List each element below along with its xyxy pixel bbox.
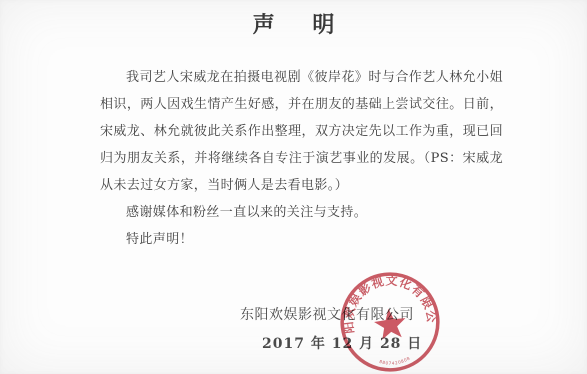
- statement-document: 声 明 我司艺人宋威龙在拍摄电视剧《彼岸花》时与合作艺人林允小姐相识，两人因戏生…: [0, 0, 587, 374]
- signature-company-name: 东阳欢娱影视文化有限公司: [240, 304, 414, 324]
- document-title: 声 明: [0, 8, 587, 39]
- seal-code-text: 8807420808: [378, 355, 411, 367]
- seal-arc-text: 东阳欢娱影视文化有限公司: [332, 264, 439, 336]
- paragraph-main: 我司艺人宋威龙在拍摄电视剧《彼岸花》时与合作艺人林允小姐相识，两人因戏生情产生好…: [100, 64, 503, 199]
- paragraph-closing: 特此声明！: [100, 226, 503, 253]
- document-body: 我司艺人宋威龙在拍摄电视剧《彼岸花》时与合作艺人林允小姐相识，两人因戏生情产生好…: [100, 64, 503, 253]
- signature-date: 2017 年 12 月 28 日: [262, 333, 422, 353]
- paragraph-thanks: 感谢媒体和粉丝一直以来的关注与支持。: [100, 199, 503, 226]
